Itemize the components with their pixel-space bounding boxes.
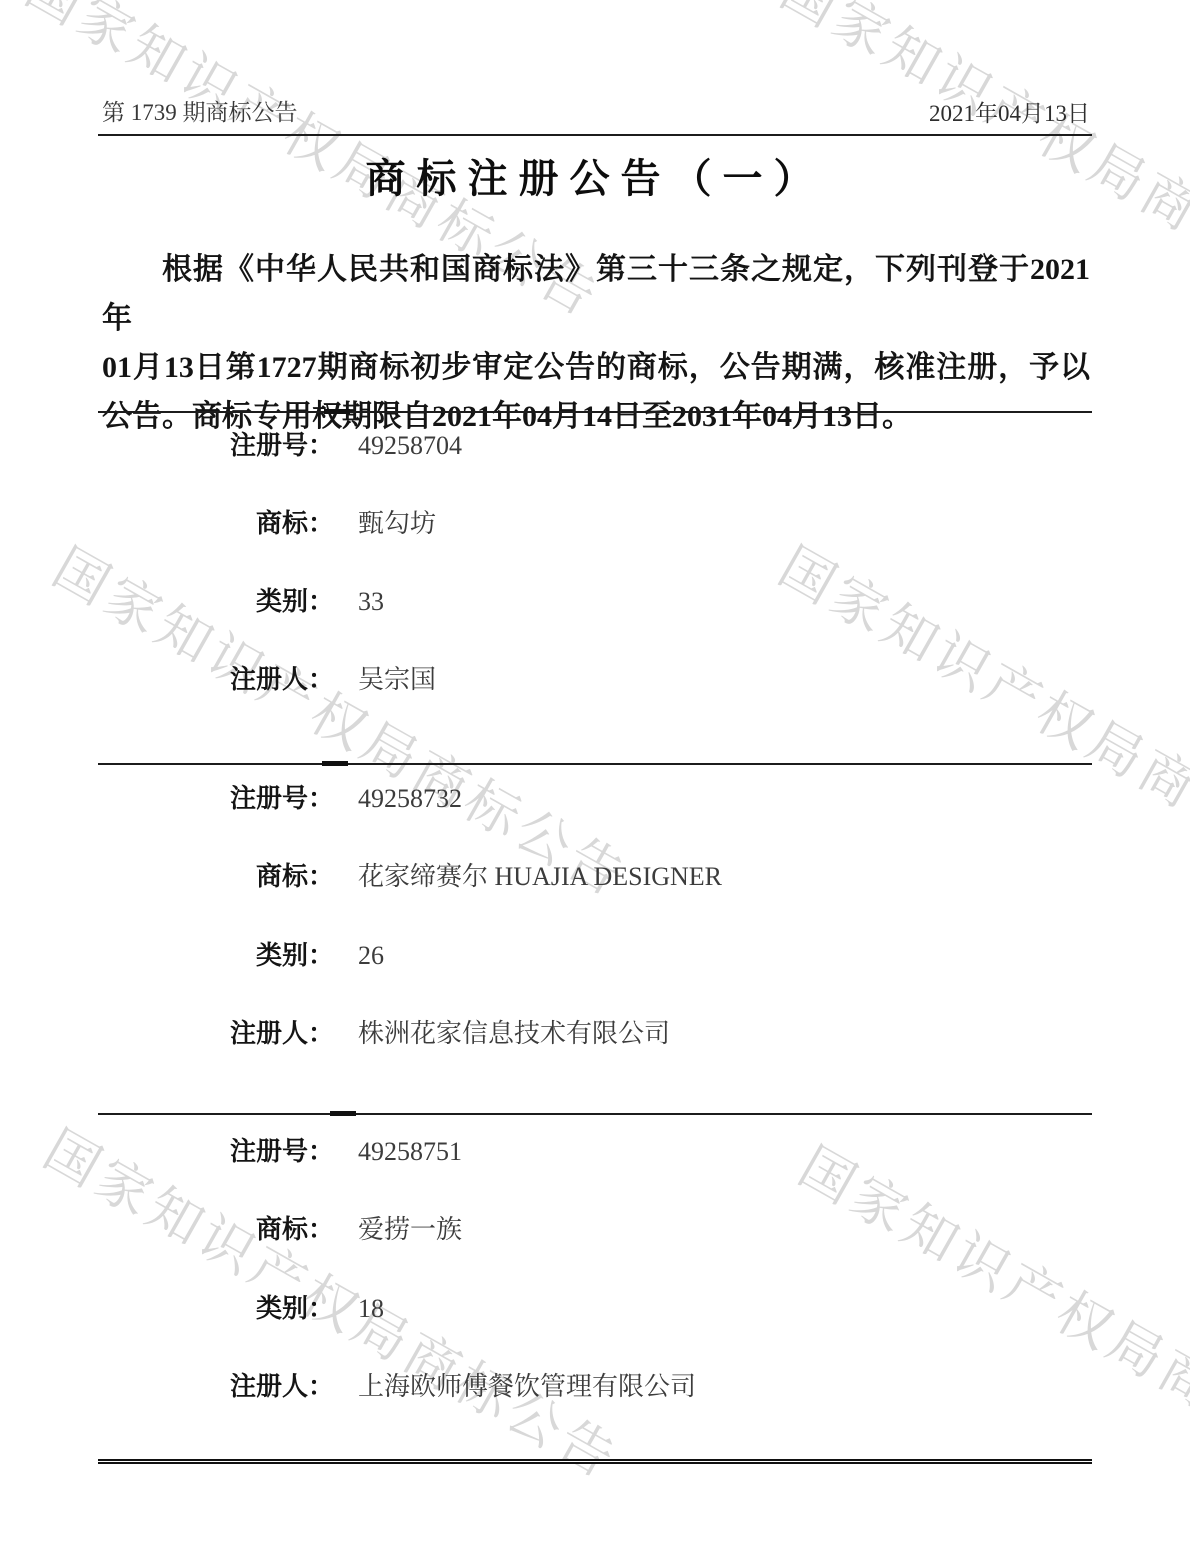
- watermark-text: 国家知识产权局商标公告: [787, 1125, 1190, 1512]
- page-bottom-divider: [98, 1459, 1092, 1464]
- registrant-label: 注册人：: [102, 665, 334, 695]
- record-row: 类别：18: [102, 1294, 384, 1324]
- header-date: 2021年04月13日: [929, 95, 1090, 128]
- record-row: 注册号：49258732: [102, 784, 462, 814]
- record-row: 商标：花家缔赛尔 HUAJIA DESIGNER: [102, 862, 722, 892]
- reg-no-value: 49258732: [358, 784, 462, 814]
- trademark-gazette-page: 国家知识产权局商标公告 国家知识产权局商标公告 国家知识产权局商标公告 国家知识…: [0, 0, 1190, 1564]
- record-row: 类别：33: [102, 587, 384, 617]
- trademark-label: 商标：: [102, 862, 334, 892]
- record-row: 注册人：吴宗国: [102, 665, 436, 695]
- record-row: 注册号：49258704: [102, 431, 462, 461]
- record-divider: [98, 411, 1092, 413]
- class-value: 26: [358, 941, 384, 971]
- divider-artifact: [330, 1111, 356, 1116]
- reg-no-value: 49258704: [358, 431, 462, 461]
- record-divider: [98, 1113, 1092, 1115]
- divider-artifact: [322, 761, 348, 766]
- record-row: 注册号：49258751: [102, 1137, 462, 1167]
- class-label: 类别：: [102, 1294, 334, 1324]
- registrant-value: 株洲花家信息技术有限公司: [358, 1019, 670, 1049]
- header-issue-label: 第 1739 期商标公告: [102, 94, 298, 127]
- trademark-value: 甄勾坊: [358, 509, 436, 539]
- reg-no-label: 注册号：: [102, 1137, 334, 1167]
- record-row: 商标：爱捞一族: [102, 1215, 462, 1245]
- record-row: 类别：26: [102, 941, 384, 971]
- class-label: 类别：: [102, 587, 334, 617]
- trademark-label: 商标：: [102, 509, 334, 539]
- record-divider: [98, 763, 1092, 765]
- watermark-text: 国家知识产权局商标公告: [41, 526, 644, 913]
- trademark-value: 花家缔赛尔 HUAJIA DESIGNER: [358, 862, 722, 892]
- intro-line: 01月13日第1727期商标初步审定公告的商标，公告期满，核准注册，予以: [102, 343, 1090, 392]
- page-title: 商标注册公告（一）: [0, 147, 1190, 204]
- record-row: 注册人：株洲花家信息技术有限公司: [102, 1019, 670, 1049]
- reg-no-label: 注册号：: [102, 784, 334, 814]
- registrant-label: 注册人：: [102, 1372, 334, 1402]
- watermark-text: 国家知识产权局商标公告: [767, 525, 1190, 912]
- registrant-value: 吴宗国: [358, 665, 436, 695]
- divider-artifact: [324, 409, 350, 414]
- class-label: 类别：: [102, 941, 334, 971]
- intro-line: 根据《中华人民共和国商标法》第三十三条之规定，下列刊登于2021年: [102, 245, 1090, 343]
- record-row: 商标：甄勾坊: [102, 509, 436, 539]
- class-value: 33: [358, 587, 384, 617]
- record-row: 注册人：上海欧师傅餐饮管理有限公司: [102, 1372, 696, 1402]
- header-divider: [98, 134, 1092, 136]
- registrant-value: 上海欧师傅餐饮管理有限公司: [358, 1372, 696, 1402]
- reg-no-value: 49258751: [358, 1137, 462, 1167]
- trademark-label: 商标：: [102, 1215, 334, 1245]
- class-value: 18: [358, 1294, 384, 1324]
- registrant-label: 注册人：: [102, 1019, 334, 1049]
- reg-no-label: 注册号：: [102, 431, 334, 461]
- trademark-value: 爱捞一族: [358, 1215, 462, 1245]
